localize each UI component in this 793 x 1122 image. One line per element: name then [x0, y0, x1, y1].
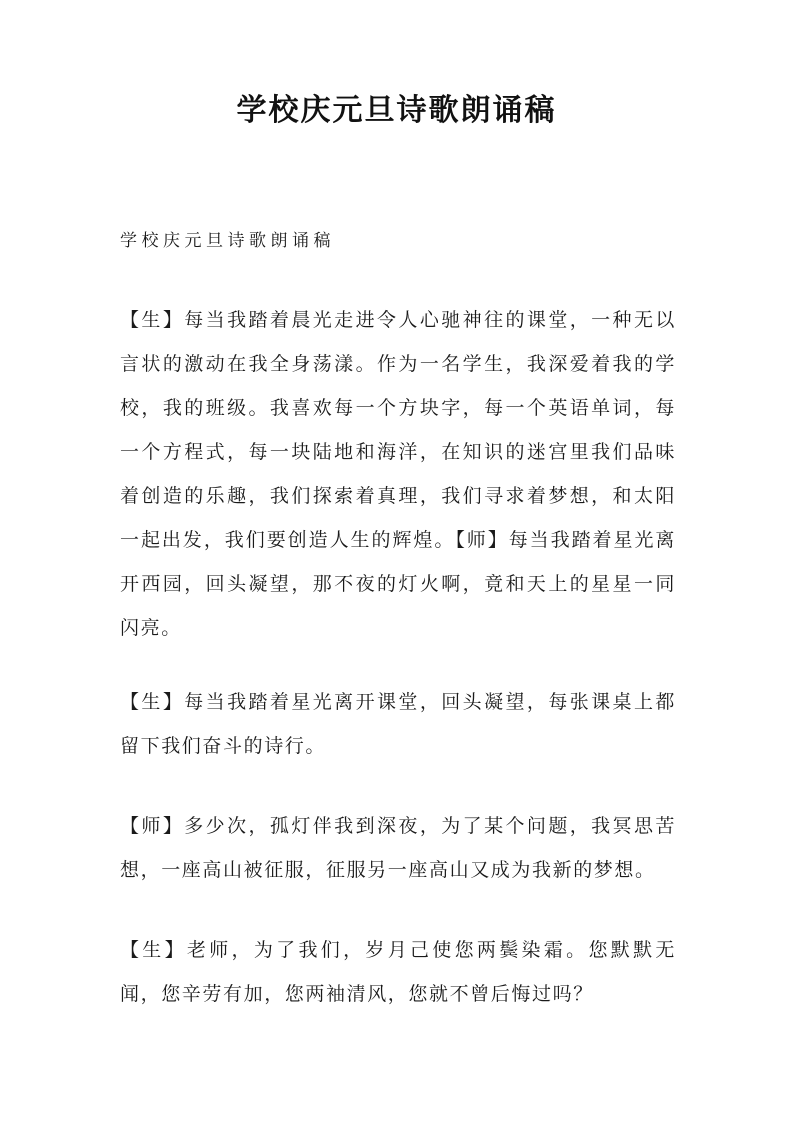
paragraph-teacher-3: 【师】多少次，孤灯伴我到深夜，为了某个问题，我冥思苦想，一座高山被征服，征服另一…	[120, 805, 676, 893]
document-page: 学校庆元旦诗歌朗诵稿 学校庆元旦诗歌朗诵稿 【生】每当我踏着晨光走进令人心驰神往…	[0, 0, 793, 1122]
document-title: 学校庆元旦诗歌朗诵稿	[0, 88, 793, 134]
paragraph-student-teacher-1: 【生】每当我踏着晨光走进令人心驰神往的课堂，一种无以言状的激动在我全身荡漾。作为…	[120, 299, 676, 651]
paragraph-student-4: 【生】老师，为了我们，岁月己使您两鬓染霜。您默默无闻，您辛劳有加，您两袖清风，您…	[120, 929, 676, 1017]
paragraph-student-2: 【生】每当我踏着星光离开课堂，回头凝望，每张课桌上都留下我们奋斗的诗行。	[120, 681, 676, 769]
document-subtitle: 学校庆元旦诗歌朗诵稿	[120, 227, 335, 255]
